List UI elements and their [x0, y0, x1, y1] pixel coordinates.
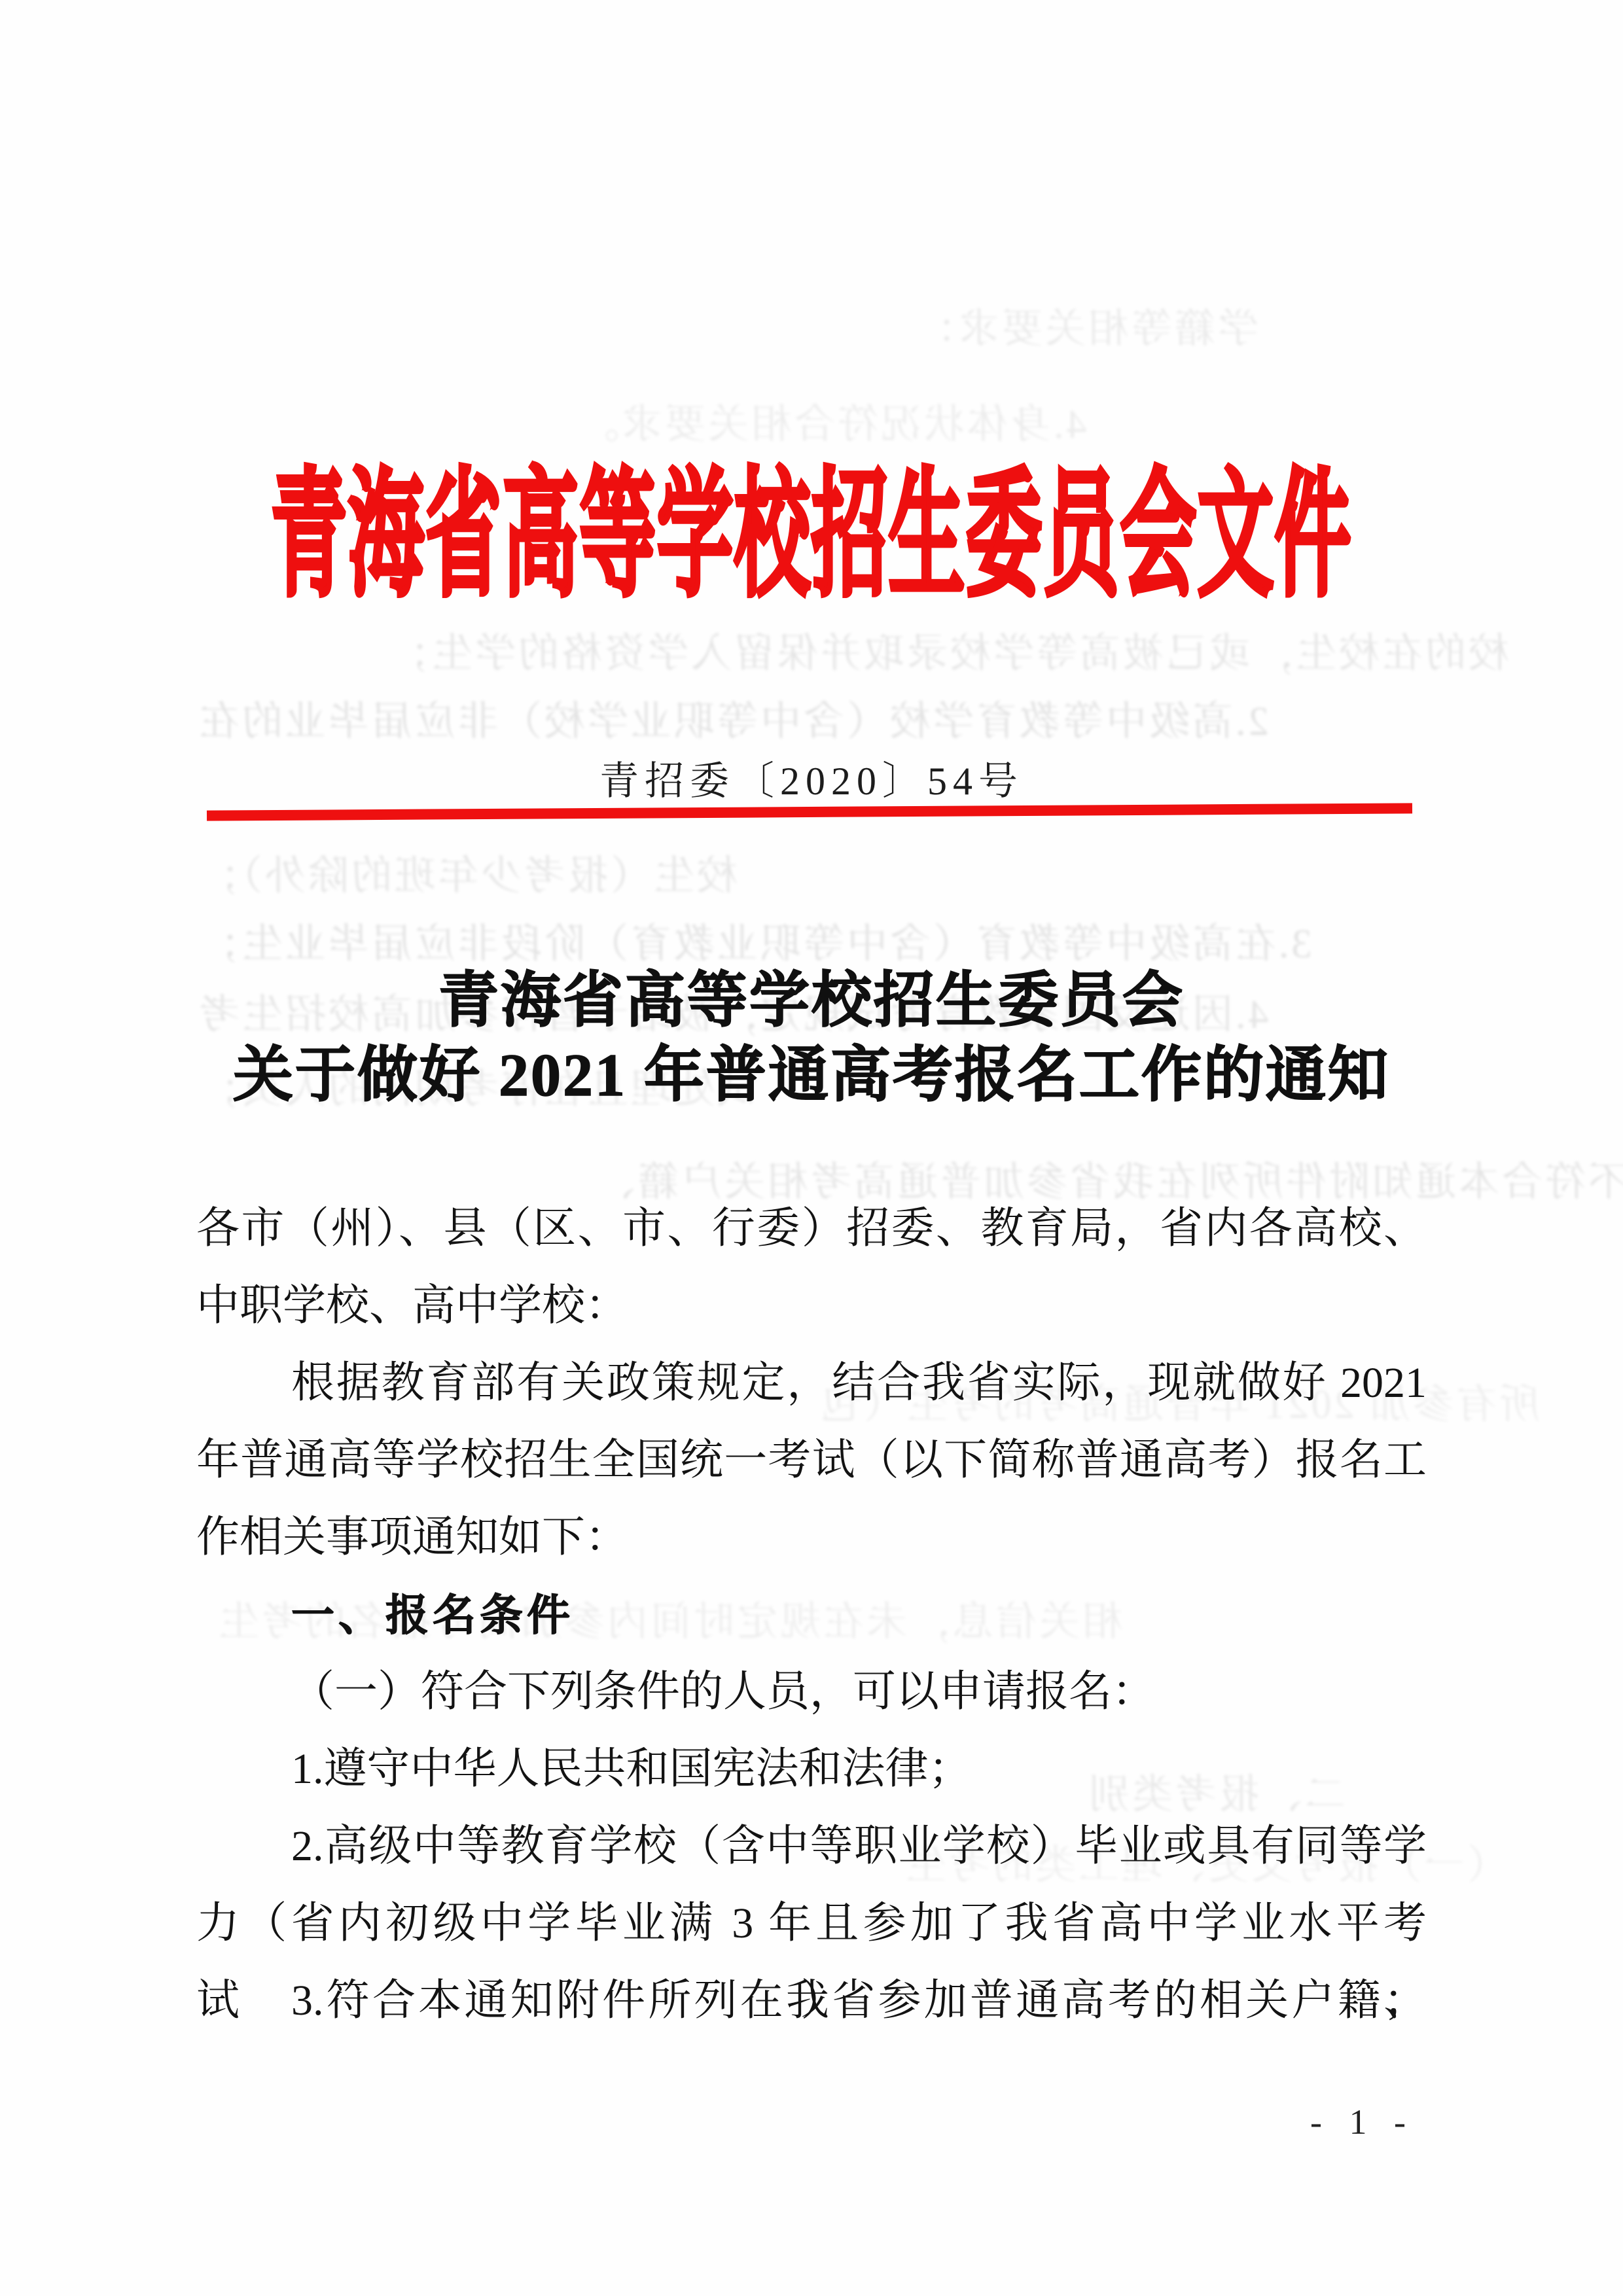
letterhead-title: 青海省高等学校招生委员会文件	[0, 467, 1623, 610]
bleedthrough-text: 3.在高级中等教育（含中等职业教育）阶段非应届毕业生；	[196, 911, 1312, 969]
bleedthrough-text: 2.高级中等教育学校（含中等职业学校）非应届毕业的在	[196, 688, 1269, 747]
body-line-intro-3: 作相关事项通知如下：	[196, 1499, 1427, 1576]
body-line-item-3: 3.符合本通知附件所列在我省参加普通高考的相关户籍、	[196, 1962, 1427, 2040]
document-body: 各市（州）、县（区、市、行委）招委、教育局，省内各高校、 中职学校、高中学校： …	[196, 1190, 1427, 2040]
body-line-intro-2: 年普通高等学校招生全国统一考试（以下简称普通高考）报名工	[196, 1422, 1427, 1499]
bleedthrough-text: 学籍等相关要求：	[913, 296, 1258, 354]
document-title: 青海省高等学校招生委员会 关于做好 2021 年普通高考报名工作的通知	[0, 963, 1623, 1112]
body-line-item-intro: （一）符合下列条件的人员，可以申请报名：	[196, 1653, 1427, 1731]
document-title-line2: 关于做好 2021 年普通高考报名工作的通知	[0, 1038, 1623, 1112]
body-line-item-2a: 2.高级中等教育学校（含中等职业学校）毕业或具有同等学	[196, 1808, 1427, 1885]
body-line-item-2b: 力（省内初级中学毕业满 3 年且参加了我省高中学业水平考试）；	[196, 1885, 1427, 1962]
body-line-item-1: 1.遵守中华人民共和国宪法和法律；	[196, 1731, 1427, 1808]
bleedthrough-text: 4.身体状况符合相关要求。	[576, 391, 1087, 450]
body-line-intro-1: 根据教育部有关政策规定，结合我省实际，现就做好 2021	[196, 1345, 1427, 1422]
document-page: 学籍等相关要求： 4.身体状况符合相关要求。 校的在校生，或已被高等学校录取并保…	[0, 0, 1623, 2296]
section-heading-1: 一、报名条件	[196, 1576, 1427, 1653]
document-number: 青招委〔2020〕54号	[0, 750, 1623, 806]
document-title-line1: 青海省高等学校招生委员会	[0, 963, 1623, 1038]
page-number: - 1 -	[1310, 2102, 1415, 2142]
body-line-recipients-1: 各市（州）、县（区、市、行委）招委、教育局，省内各高校、	[196, 1190, 1427, 1267]
bleedthrough-text: 校生（报考少年班的除外）；	[196, 843, 738, 901]
bleedthrough-text: 校的在校生，或已被高等学校录取并保留入学资格的学生；	[386, 620, 1509, 679]
body-line-recipients-2: 中职学校、高中学校：	[196, 1267, 1427, 1345]
